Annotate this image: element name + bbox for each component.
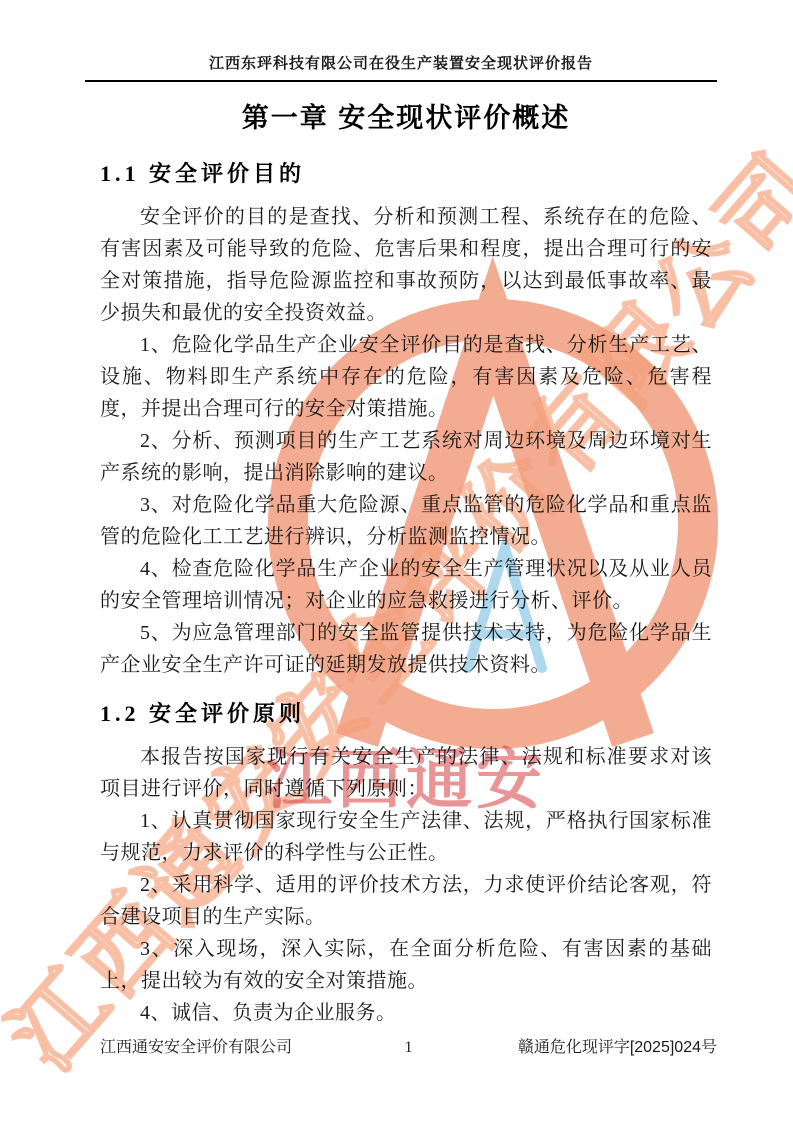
paragraph: 本报告按国家现行有关安全生产的法律、法规和标准要求对该项目进行评价，同时遵循下列…: [100, 741, 712, 805]
paragraph: 1、认真贯彻国家现行安全生产法律、法规，严格执行国家标准与规范，力求评价的科学性…: [100, 805, 712, 869]
footer-page-number: 1: [349, 1039, 469, 1057]
paragraph: 2、分析、预测项目的生产工艺系统对周边环境及周边环境对生产系统的影响，提出消除影…: [100, 425, 712, 489]
section-heading-1-2: 1.2 安全评价原则: [100, 697, 712, 728]
paragraph: 2、采用科学、适用的评价技术方法，力求使评价结论客观，符合建设项目的生产实际。: [100, 869, 712, 933]
paragraph: 4、检查危险化学品生产企业的安全生产管理状况以及从业人员的安全管理培训情况；对企…: [100, 553, 712, 617]
paragraph: 3、深入现场，深入实际，在全面分析危险、有害因素的基础上，提出较为有效的安全对策…: [100, 933, 712, 997]
page-footer: 江西通安安全评价有限公司 1 赣通危化现评字[2025]024号: [100, 1034, 717, 1057]
document-body: 第一章 安全现状评价概述 1.1 安全评价目的 安全评价的目的是查找、分析和预测…: [100, 96, 712, 1029]
document-page: 江西通安安全评价有限公司 江西通安 江西东玶科技有限公司在役生产装置安全现状评价…: [0, 0, 793, 1122]
paragraph: 5、为应急管理部门的安全监管提供技术支持，为危险化学品生产企业安全生产许可证的延…: [100, 617, 712, 681]
paragraph: 1、危险化学品生产企业安全评价目的是查找、分析生产工艺、设施、物料即生产系统中存…: [100, 329, 712, 425]
paragraph: 安全评价的目的是查找、分析和预测工程、系统存在的危险、有害因素及可能导致的危险、…: [100, 201, 712, 329]
footer-company-name: 江西通安安全评价有限公司: [100, 1034, 349, 1057]
section-heading-1-1: 1.1 安全评价目的: [100, 157, 712, 188]
footer-doc-number: 赣通危化现评字[2025]024号: [469, 1034, 718, 1057]
page-header-title: 江西东玶科技有限公司在役生产装置安全现状评价报告: [85, 52, 717, 82]
paragraph: 3、对危险化学品重大危险源、重点监管的危险化学品和重点监管的危险化工工艺进行辨识…: [100, 489, 712, 553]
chapter-title: 第一章 安全现状评价概述: [100, 96, 712, 135]
paragraph: 4、诚信、负责为企业服务。: [100, 997, 712, 1029]
